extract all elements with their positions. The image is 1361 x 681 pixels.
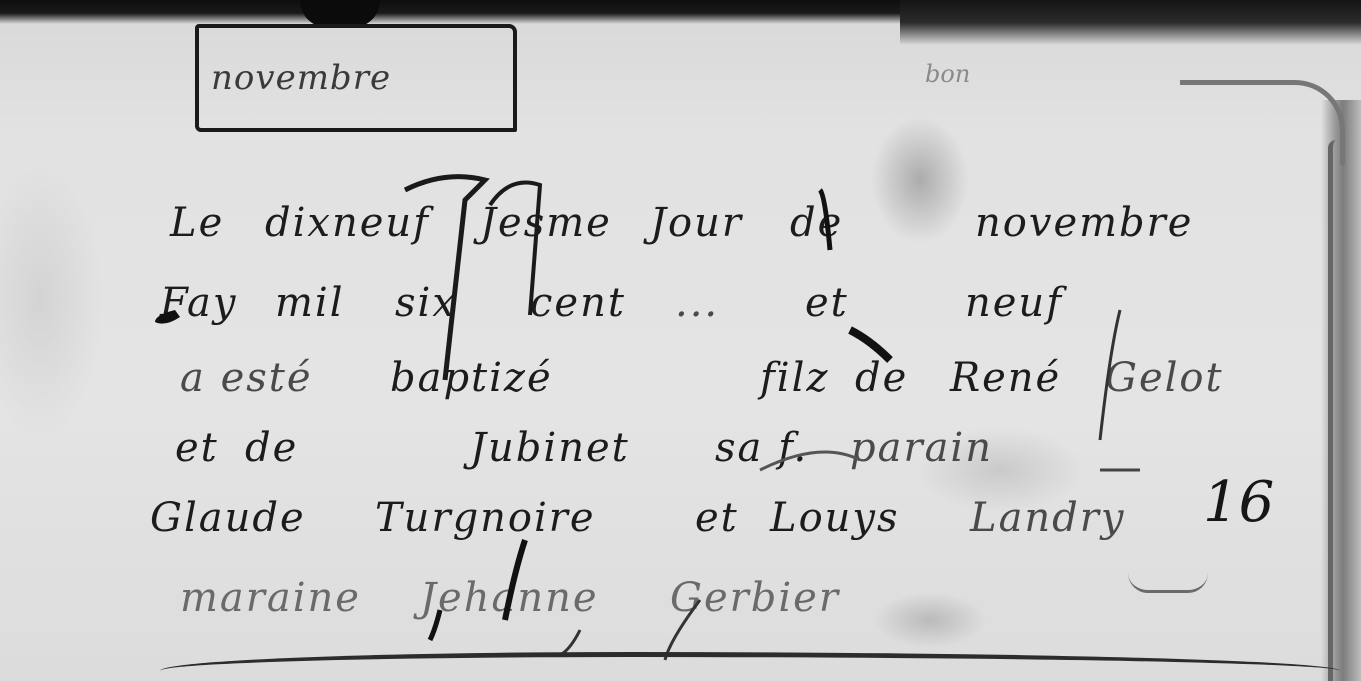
word: Turgnoire [375,495,596,541]
flourish-stroke [1128,570,1208,593]
word: maraine [180,575,361,621]
entry-line-5: Glaude Turgnoire et Louys Landry [150,495,1200,555]
word: René [950,355,1061,401]
word: a esté [180,355,313,401]
word: dixneuf [265,200,430,246]
word: de [855,355,908,401]
word: de [245,425,298,471]
word: Jubinet [470,425,630,471]
word: Glaude [150,495,306,541]
word: Le [170,200,224,246]
word: six [395,280,457,326]
word: Gelot [1105,355,1224,401]
margin-heading: novembre [211,58,391,98]
entry-line-6: maraine Jehanne Gerbier [160,575,960,635]
faint-marginal-note: bon [925,60,970,88]
word: cent [530,280,626,326]
entry-line-1: Le dixneuf Jesme Jour de novembre [150,200,1250,260]
entry-line-2: Fay mil six cent ... et neuf [150,280,1250,340]
word: sa f. [715,425,808,471]
word: baptizé [390,355,553,401]
word: Landry [970,495,1126,541]
margin-heading-box: novembre [195,24,517,132]
entry-line-4: et de Jubinet sa f. parain [150,425,1150,485]
word: et [805,280,849,326]
page-fold-line [1328,140,1343,681]
word: de [790,200,843,246]
word: filz [760,355,829,401]
word: Jour [650,200,743,246]
word: Jesme [480,200,612,246]
page-corner-curl [1180,80,1345,165]
word: neuf [965,280,1063,326]
word: mil [275,280,345,326]
entry-number: 16 [1203,470,1274,535]
word: parain [850,425,993,471]
word: novembre [975,200,1193,246]
word: et [695,495,739,541]
word: ... [675,280,719,326]
manuscript-page: novembre bon Le dixneuf Jesme Jour de no… [0,0,1361,681]
entry-line-3: a esté baptizé filz de René Gelot [150,355,1300,415]
word: Gerbier [670,575,840,621]
torn-top-edge-right [900,0,1361,45]
word: Fay [160,280,237,326]
word: Jehanne [420,575,599,621]
end-of-entry-rule [160,652,1340,671]
word: Louys [770,495,900,541]
word: et [175,425,219,471]
